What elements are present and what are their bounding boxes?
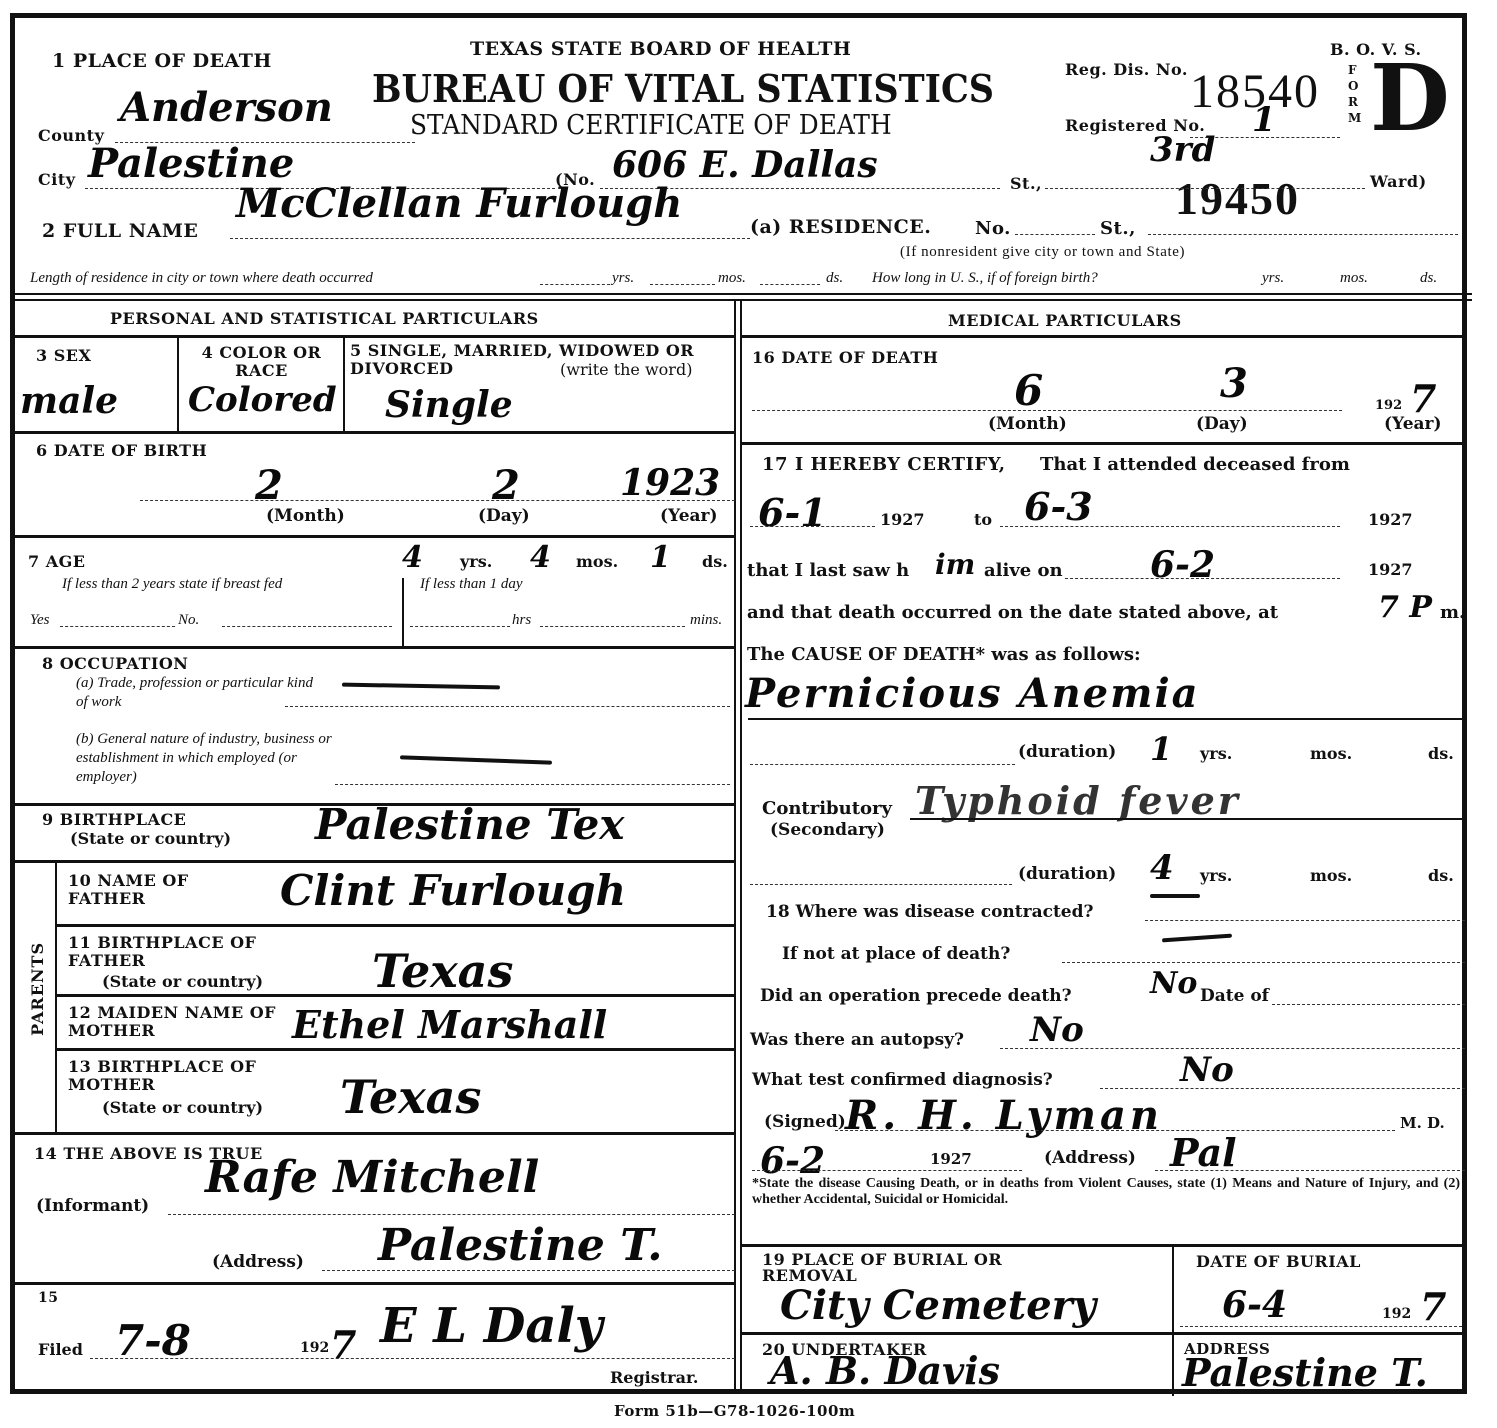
- contrib-ds-label: ds.: [1428, 866, 1454, 885]
- city-label: City: [38, 170, 76, 189]
- attended-to: 6-3: [1024, 484, 1093, 529]
- registrar-signature: E L Daly: [380, 1298, 603, 1354]
- board-title: TEXAS STATE BOARD OF HEALTH: [470, 38, 851, 60]
- us-mos-label: mos.: [1340, 270, 1368, 287]
- burial-date-value: 6-4: [1222, 1284, 1287, 1326]
- length-residence-label: Length of residence in city or town wher…: [30, 270, 373, 287]
- signed-year: 1927: [930, 1150, 972, 1168]
- duration-label: (duration): [1018, 742, 1116, 762]
- breast-fed-note: If less than 2 years state if breast fed: [62, 576, 282, 593]
- death-occurred-label: and that death occurred on the date stat…: [747, 602, 1278, 623]
- mother-birthplace-label: 13 BIRTHPLACE OF MOTHER: [68, 1058, 288, 1094]
- bureau-title: BUREAU OF VITAL STATISTICS: [372, 66, 994, 111]
- duration-ds-label: ds.: [1428, 744, 1454, 763]
- yes-label: Yes: [30, 612, 49, 629]
- nonresident-note: (If nonresident give city or town and St…: [900, 244, 1185, 261]
- dob-year-caption: (Year): [660, 506, 718, 526]
- contrib-duration-yrs: 4: [1150, 848, 1174, 888]
- registrar-label: Registrar.: [610, 1368, 698, 1387]
- certify-label: 17 I HEREBY CERTIFY,: [762, 454, 1006, 475]
- attended-from-year: 1927: [880, 510, 925, 529]
- dod-month-caption: (Month): [988, 414, 1067, 434]
- cause-footnote: *State the disease Causing Death, or in …: [752, 1176, 1460, 1208]
- reg-dis-label: Reg. Dis. No.: [1065, 60, 1188, 79]
- father-birthplace-value: Texas: [372, 944, 513, 998]
- age-yrs: 4: [402, 540, 423, 575]
- birthplace-hint: (State or country): [70, 829, 231, 848]
- us-ds-label: ds.: [1420, 270, 1437, 287]
- dob-month-caption: (Month): [266, 506, 345, 526]
- filed-year-suffix: 7: [330, 1322, 356, 1367]
- contributory-label: Contributory: [762, 798, 892, 819]
- dod-month: 6: [1014, 366, 1043, 415]
- marital-hint: (write the word): [560, 360, 692, 379]
- m-suffix: m.: [1440, 602, 1465, 623]
- dod-label: 16 DATE OF DEATH: [752, 348, 938, 367]
- birthplace-value: Palestine Tex: [315, 800, 624, 849]
- parents-label: PARENTS: [28, 942, 47, 1036]
- last-saw-him: im: [935, 548, 975, 581]
- age-mos: 4: [530, 540, 551, 575]
- alive-on-label: alive on: [984, 560, 1063, 581]
- informant-label: (Informant): [36, 1196, 149, 1216]
- contrib-yrs-label: yrs.: [1200, 866, 1232, 885]
- contrib-duration-label: (duration): [1018, 864, 1116, 884]
- registered-number: 1: [1252, 100, 1276, 140]
- death-time: 7 P: [1378, 590, 1432, 625]
- mother-maiden-value: Ethel Marshall: [292, 1002, 607, 1047]
- last-saw-date: 6-2: [1150, 544, 1215, 586]
- burial-date-label: DATE OF BURIAL: [1196, 1252, 1361, 1271]
- birthplace-label: 9 BIRTHPLACE: [42, 810, 186, 829]
- dob-year: 1923: [620, 462, 720, 504]
- full-name-label: 2 FULL NAME: [42, 220, 198, 242]
- md-label: M. D.: [1400, 1114, 1445, 1132]
- contrib-mos-label: mos.: [1310, 866, 1352, 885]
- duration-yrs-label: yrs.: [1200, 744, 1232, 763]
- burial-year-prefix: 192: [1382, 1306, 1411, 1322]
- secondary-label: (Secondary): [770, 820, 885, 840]
- mother-birthplace-hint: (State or country): [102, 1098, 263, 1117]
- how-long-us-label: How long in U. S., if of foreign birth?: [872, 270, 1098, 287]
- burial-year-suffix: 7: [1420, 1284, 1446, 1329]
- us-yrs-label: yrs.: [1262, 270, 1284, 287]
- occupation-b-label: (b) General nature of industry, business…: [76, 730, 348, 787]
- form-number: Form 51b—G78-1026-100m: [614, 1402, 855, 1420]
- last-saw-label: that I last saw h: [747, 560, 909, 581]
- autopsy-label: Was there an autopsy?: [750, 1030, 964, 1050]
- residence-no-label: No.: [975, 218, 1011, 239]
- informant-address-value: Palestine T.: [378, 1220, 663, 1271]
- informant-value: Rafe Mitchell: [205, 1152, 539, 1203]
- autopsy-value: No: [1030, 1010, 1084, 1050]
- dob-day: 2: [492, 462, 520, 509]
- race-value: Colored: [188, 380, 337, 420]
- father-birthplace-label: 11 BIRTHPLACE OF FATHER: [68, 934, 288, 970]
- race-label: 4 COLOR OR RACE: [184, 344, 339, 380]
- place-of-death-label: 1 PLACE OF DEATH: [52, 50, 272, 72]
- dod-day: 3: [1220, 360, 1248, 407]
- duration-yrs: 1: [1150, 730, 1172, 768]
- sig-address-value: Pal: [1170, 1130, 1237, 1175]
- ward-value: 3rd: [1150, 130, 1215, 170]
- personal-section-title: PERSONAL AND STATISTICAL PARTICULARS: [110, 309, 539, 328]
- occupation-label: 8 OCCUPATION: [42, 654, 188, 673]
- father-name-value: Clint Furlough: [280, 866, 626, 915]
- stamp-number: 19450: [1175, 172, 1300, 225]
- test-label: What test confirmed diagnosis?: [752, 1070, 1053, 1090]
- age-yrs-label: yrs.: [460, 552, 492, 571]
- age-ds: 1: [650, 540, 671, 575]
- occupation-a-label: (a) Trade, profession or particular kind…: [76, 674, 316, 712]
- burial-place-label: 19 PLACE OF BURIAL OR REMOVAL: [762, 1252, 1082, 1284]
- operation-value: No: [1150, 966, 1197, 1001]
- street-st-label: St.,: [1010, 174, 1042, 193]
- marital-value: Single: [385, 384, 513, 426]
- cause-value: Pernicious Anemia: [745, 670, 1200, 717]
- date-of-label: Date of: [1200, 986, 1269, 1006]
- sex-value: male: [20, 380, 118, 422]
- if-not-place-label: If not at place of death?: [782, 944, 1010, 964]
- mins-label: mins.: [690, 612, 722, 629]
- dob-month: 2: [255, 462, 283, 509]
- sig-address-label: (Address): [1044, 1148, 1136, 1168]
- dod-year-caption: (Year): [1384, 414, 1442, 434]
- dob-day-caption: (Day): [478, 506, 530, 526]
- undertaker-address-value: Palestine T.: [1182, 1350, 1428, 1395]
- residence-label: (a) RESIDENCE.: [750, 216, 931, 238]
- mother-birthplace-value: Texas: [340, 1070, 481, 1124]
- filed-number: 15: [38, 1290, 58, 1306]
- father-name-label: 10 NAME OF FATHER: [68, 872, 268, 908]
- dod-year-prefix: 192: [1375, 398, 1402, 413]
- full-name-value: McClellan Furlough: [236, 180, 682, 227]
- age-mos-label: mos.: [576, 552, 618, 571]
- county-value: Anderson: [120, 84, 333, 131]
- dob-label: 6 DATE OF BIRTH: [36, 441, 207, 460]
- contributory-value: Typhoid fever: [915, 778, 1241, 823]
- sex-label: 3 SEX: [36, 346, 91, 365]
- operation-label: Did an operation precede death?: [760, 986, 1072, 1006]
- ds-label: ds.: [826, 270, 843, 287]
- mother-maiden-label: 12 MAIDEN NAME OF MOTHER: [68, 1004, 298, 1040]
- test-value: No: [1180, 1050, 1234, 1090]
- attended-to-year: 1927: [1368, 510, 1413, 529]
- signed-value: R. H. Lyman: [845, 1092, 1163, 1139]
- form-letters: F O R M: [1348, 62, 1362, 126]
- undertaker-value: A. B. Davis: [770, 1348, 1000, 1393]
- attended-from: 6-1: [758, 490, 827, 535]
- disease-contracted-label: 18 Where was disease contracted?: [766, 902, 1093, 922]
- burial-place-value: City Cemetery: [780, 1282, 1096, 1329]
- certify-text: That I attended deceased from: [1040, 454, 1350, 475]
- certificate-title: STANDARD CERTIFICATE OF DEATH: [410, 110, 892, 141]
- signed-label: (Signed): [764, 1112, 846, 1132]
- less-than-day-note: If less than 1 day: [420, 576, 523, 593]
- informant-address-label: (Address): [212, 1252, 304, 1272]
- age-label: 7 AGE: [28, 552, 85, 571]
- yrs-label: yrs.: [612, 270, 634, 287]
- residence-st-label: St.,: [1100, 218, 1136, 239]
- to-label: to: [974, 510, 992, 529]
- filed-label: Filed: [38, 1340, 83, 1359]
- hrs-label: hrs: [512, 612, 531, 629]
- mos-label: mos.: [718, 270, 746, 287]
- dod-day-caption: (Day): [1196, 414, 1248, 434]
- ward-label: Ward): [1370, 172, 1427, 191]
- cause-label: The CAUSE OF DEATH* was as follows:: [747, 644, 1141, 665]
- form-d-letter: D: [1370, 52, 1450, 144]
- age-ds-label: ds.: [702, 552, 728, 571]
- father-birthplace-hint: (State or country): [102, 972, 263, 991]
- medical-section-title: MEDICAL PARTICULARS: [948, 311, 1182, 330]
- filed-year-prefix: 192: [300, 1340, 329, 1356]
- no-label: No.: [178, 612, 199, 629]
- duration-mos-label: mos.: [1310, 744, 1352, 763]
- last-saw-year: 1927: [1368, 560, 1413, 579]
